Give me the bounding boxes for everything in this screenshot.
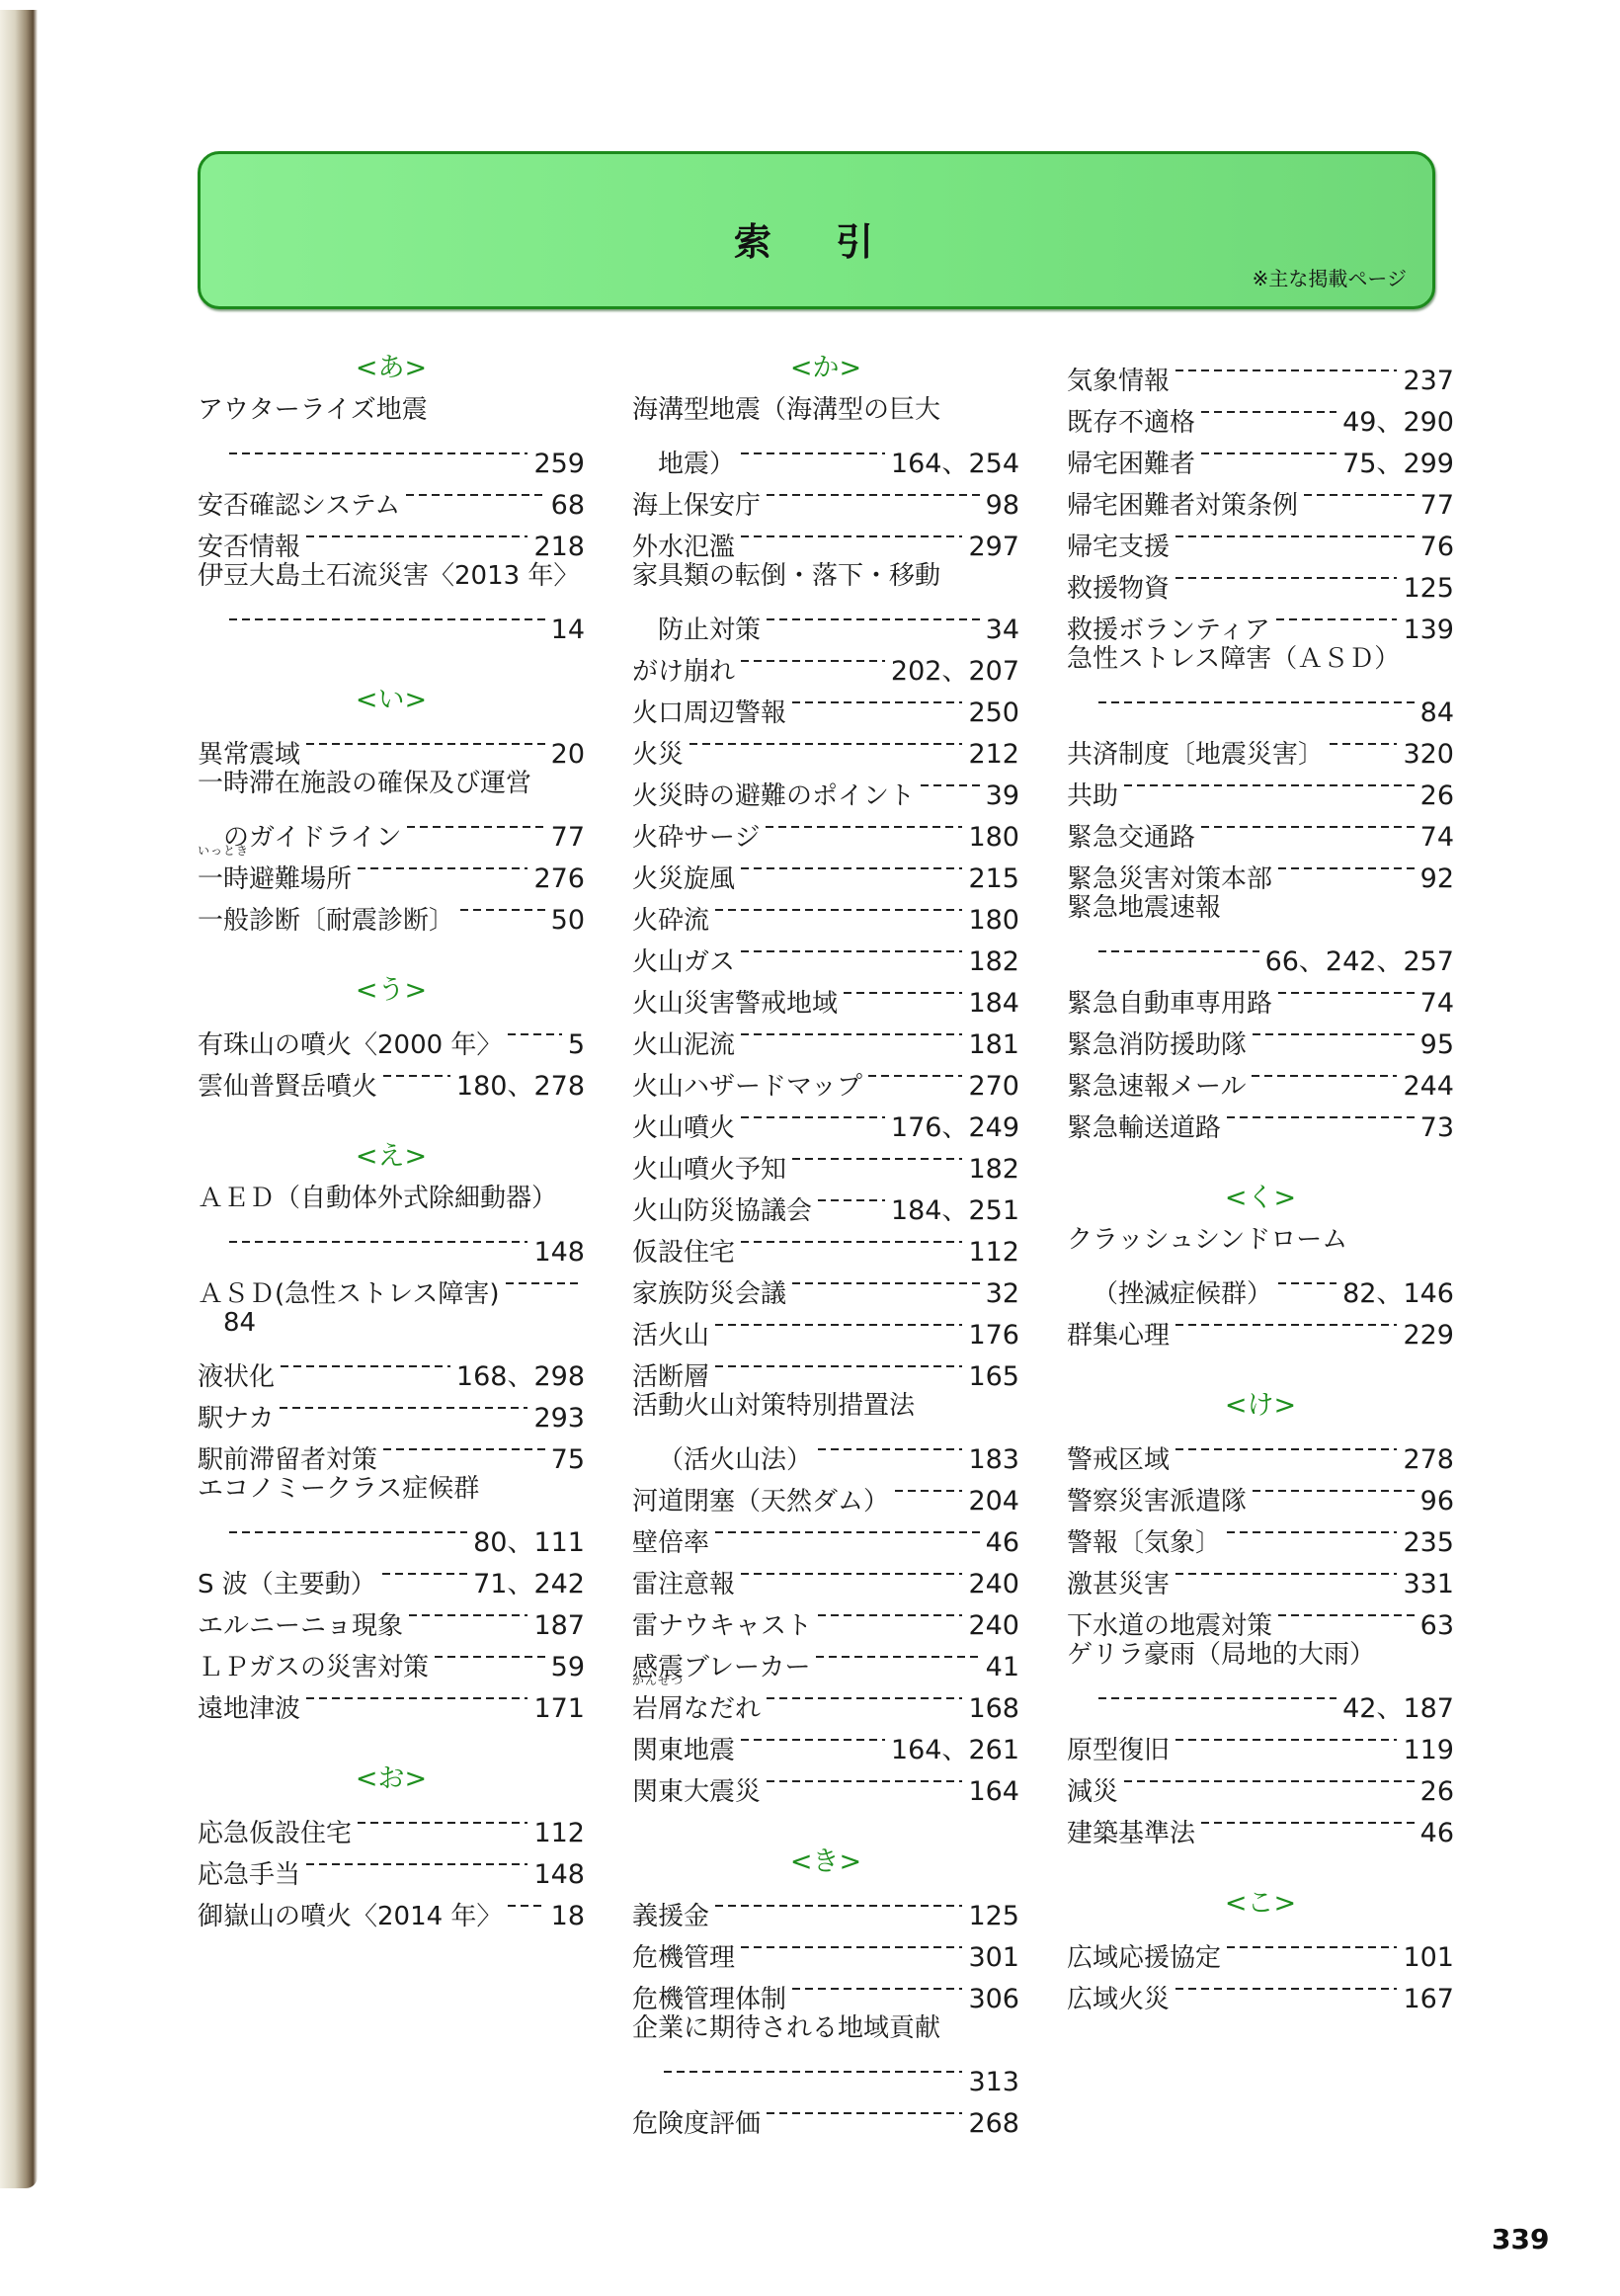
entry-term: 液状化 — [198, 1356, 275, 1398]
entry-pages: 5 — [568, 1025, 585, 1066]
dot-leader — [383, 1427, 545, 1468]
dot-leader — [306, 1842, 527, 1883]
entry-term: 地震） — [658, 444, 735, 485]
dot-leader — [741, 846, 962, 887]
index-header-banner: 索 引 ※主な掲載ページ — [198, 151, 1435, 309]
dot-leader — [868, 1053, 962, 1095]
entry-term: がんせつ岩屑なだれ — [632, 1688, 761, 1730]
index-entry: 防止対策34 — [632, 597, 1019, 638]
dot-leader — [358, 846, 527, 887]
dot-leader — [741, 1717, 885, 1759]
dot-leader — [1278, 1261, 1336, 1302]
dot-leader — [1098, 929, 1259, 970]
index-entry: 共済制度〔地震災害〕320 — [1067, 721, 1454, 763]
dot-leader — [1175, 514, 1415, 555]
index-entry: 液状化168、298 — [198, 1344, 585, 1385]
entry-pages: 46 — [986, 1522, 1019, 1564]
entry-term: 義援金 — [632, 1896, 709, 1937]
entry-pages: 176 — [968, 1315, 1019, 1356]
index-entry: 原型復旧119 — [1067, 1717, 1454, 1759]
index-group: <こ>広域応援協定101広域火災167 — [1067, 1883, 1454, 2008]
entry-pages: 68 — [551, 485, 585, 527]
dot-leader — [1175, 1302, 1397, 1344]
entry-pages: 112 — [533, 1813, 585, 1854]
dot-leader — [664, 2049, 962, 2091]
index-column-right: 気象情報237既存不適格49、290帰宅困難者75、299帰宅困難者対策条例77… — [1067, 348, 1454, 2008]
entry-pages: 77 — [551, 817, 585, 859]
index-column-left: <あ>アウターライズ地震259安否確認システム68安否情報218伊豆大島土石流災… — [198, 348, 585, 1925]
dot-leader — [1098, 1676, 1336, 1717]
entry-pages: 180 — [968, 817, 1019, 859]
entry-term: 激甚災害 — [1067, 1564, 1170, 1605]
index-entry: 共助26 — [1067, 763, 1454, 804]
entry-pages: 270 — [968, 1066, 1019, 1107]
dot-leader — [1253, 1468, 1415, 1510]
entry-term-text: 一時避難場所 — [198, 864, 352, 894]
dot-leader — [767, 597, 980, 638]
index-entry: 緊急自動車専用路74 — [1067, 970, 1454, 1012]
entry-pages: 240 — [968, 1564, 1019, 1605]
entry-term: 応急手当 — [198, 1854, 300, 1896]
entry-pages: 181 — [968, 1025, 1019, 1066]
entry-pages: 41 — [986, 1647, 1019, 1688]
entry-term: 関東地震 — [632, 1730, 735, 1771]
index-entry: 313 — [632, 2049, 1019, 2091]
index-entry: 148 — [198, 1219, 585, 1261]
entry-term: エルニーニョ現象 — [198, 1605, 403, 1647]
dot-leader — [1304, 472, 1415, 514]
dot-leader — [306, 514, 527, 555]
entry-pages: 84 — [1420, 693, 1454, 734]
entry-term: 一時滞在施設の確保及び運営 — [198, 763, 585, 804]
dot-leader — [1252, 1053, 1397, 1095]
dot-leader — [715, 1883, 962, 1925]
dot-leader — [1098, 680, 1415, 721]
entry-term: 気象情報 — [1067, 361, 1170, 402]
dot-leader — [741, 638, 885, 680]
dot-leader — [1201, 431, 1336, 472]
entry-pages: 167 — [1403, 1979, 1454, 2020]
dot-leader — [1330, 721, 1397, 763]
dot-leader — [1278, 1593, 1415, 1634]
dot-leader — [306, 1676, 527, 1717]
entry-pages: 50 — [551, 900, 585, 942]
dot-leader — [460, 887, 545, 929]
index-group: <え>ＡＥＤ（自動体外式除細動器）148ＡＳＤ(急性ストレス障害)84液状化16… — [198, 1136, 585, 1717]
entry-term: いっとき一時避難場所 — [198, 859, 352, 900]
entry-term: 家具類の転倒・落下・移動 — [632, 555, 1019, 597]
index-entry: アウターライズ地震 — [198, 389, 585, 431]
entry-pages: 32 — [986, 1273, 1019, 1315]
entry-term: 緊急交通路 — [1067, 817, 1195, 859]
entry-term: 緊急速報メール — [1067, 1066, 1246, 1107]
entry-pages: 182 — [968, 1149, 1019, 1190]
index-entry: 危険度評価268 — [632, 2091, 1019, 2132]
entry-term: 共助 — [1067, 776, 1118, 817]
dot-leader — [409, 1593, 527, 1634]
dot-leader — [1175, 1966, 1397, 2008]
index-entry: 建築基準法46 — [1067, 1800, 1454, 1842]
entry-term: ゲリラ豪雨（局地的大雨） — [1067, 1634, 1454, 1676]
index-group: <あ>アウターライズ地震259安否確認システム68安否情報218伊豆大島土石流災… — [198, 348, 585, 638]
dot-leader — [506, 1261, 579, 1302]
dot-leader — [382, 1551, 467, 1593]
dot-leader — [407, 804, 544, 846]
dot-leader — [818, 1427, 962, 1468]
index-entry: エコノミークラス症候群 — [198, 1468, 585, 1510]
entry-term: 雷注意報 — [632, 1564, 735, 1605]
section-heading: <う> — [198, 970, 585, 1012]
dot-leader — [816, 1634, 979, 1676]
entry-term: 緊急輸送道路 — [1067, 1107, 1221, 1149]
index-group: <か>海溝型地震（海溝型の巨大地震）164、254海上保安庁98外水氾濫297家… — [632, 348, 1019, 1800]
entry-pages: 96 — [1420, 1481, 1454, 1522]
dot-leader — [715, 1510, 980, 1551]
entry-term: 企業に期待される地域貢献 — [632, 2008, 1019, 2049]
entry-pages: 77 — [1420, 485, 1454, 527]
index-entry: 活動火山対策特別措置法 — [632, 1385, 1019, 1427]
dot-leader — [229, 1510, 467, 1551]
dot-leader — [741, 1925, 962, 1966]
dot-leader — [895, 1468, 962, 1510]
entry-term: 84 — [223, 1302, 256, 1344]
entry-term: 火砕流 — [632, 900, 709, 942]
index-entry: 広域応援協定101 — [1067, 1925, 1454, 1966]
section-heading: <く> — [1067, 1178, 1454, 1219]
entry-term: 活動火山対策特別措置法 — [632, 1385, 1019, 1427]
dot-leader — [229, 1219, 527, 1261]
index-entry: （挫滅症候群）82、146 — [1067, 1261, 1454, 1302]
dot-leader — [1278, 970, 1415, 1012]
entry-term: 駅ナカ — [198, 1398, 274, 1439]
dot-leader — [1278, 846, 1415, 887]
entry-term: ＡＥＤ（自動体外式除細動器） — [198, 1178, 585, 1219]
entry-term: 緊急消防援助隊 — [1067, 1025, 1247, 1066]
entry-term: （活火山法） — [658, 1439, 812, 1481]
dot-leader — [1175, 348, 1397, 389]
dot-leader — [435, 1634, 545, 1676]
entry-term: エコノミークラス症候群 — [198, 1468, 585, 1510]
ruby-reading: いっとき — [198, 845, 249, 857]
index-entry: ＡＥＤ（自動体外式除細動器） — [198, 1178, 585, 1219]
entry-term: 雷ナウキャスト — [632, 1605, 812, 1647]
entry-pages: 125 — [1403, 568, 1454, 610]
entry-pages: 18 — [551, 1896, 585, 1937]
dot-leader — [767, 2091, 962, 2132]
index-entry: 海溝型地震（海溝型の巨大 — [632, 389, 1019, 431]
dot-leader — [508, 1883, 544, 1925]
section-heading: <お> — [198, 1759, 585, 1800]
entry-term: 危険度評価 — [632, 2103, 761, 2145]
index-entry: 緊急交通路74 — [1067, 804, 1454, 846]
entry-term: 火災 — [632, 734, 684, 776]
dot-leader — [741, 1095, 885, 1136]
index-entry: 地震）164、254 — [632, 431, 1019, 472]
entry-term: 緊急地震速報 — [1067, 887, 1454, 929]
dot-leader — [281, 1344, 450, 1385]
entry-term: 警察災害派遣隊 — [1067, 1481, 1247, 1522]
entry-pages: 183 — [968, 1439, 1019, 1481]
entry-term: 広域火災 — [1067, 1979, 1170, 2020]
entry-term: 壁倍率 — [632, 1522, 709, 1564]
index-group: <お>応急仮設住宅112応急手当148御嶽山の噴火〈2014 年〉18 — [198, 1759, 585, 1925]
dot-leader — [1227, 1925, 1397, 1966]
entry-pages: 39 — [986, 776, 1019, 817]
dot-leader — [280, 1385, 527, 1427]
dot-leader — [1175, 1551, 1397, 1593]
dot-leader — [1175, 555, 1397, 597]
page-number: 339 — [1492, 2223, 1549, 2255]
ruby-reading: がんせつ — [632, 1675, 684, 1686]
entry-term: 関東大震災 — [632, 1771, 761, 1813]
entry-pages: 74 — [1420, 817, 1454, 859]
dot-leader — [1227, 1095, 1415, 1136]
index-entry: 84 — [1067, 680, 1454, 721]
entry-term: 急性ストレス障害（ＡＳＤ） — [1067, 638, 1454, 680]
index-group: <い>異常震域20一時滞在施設の確保及び運営のガイドライン77いっとき一時避難場… — [198, 680, 585, 929]
book-binding-edge — [0, 10, 38, 2188]
entry-term: アウターライズ地震 — [198, 389, 585, 431]
entry-pages: 14 — [551, 610, 585, 651]
index-entry: 警戒区域278 — [1067, 1427, 1454, 1468]
dot-leader — [741, 1551, 962, 1593]
entry-pages: 215 — [968, 859, 1019, 900]
dot-leader — [306, 721, 545, 763]
dot-leader — [818, 1178, 885, 1219]
dot-leader — [741, 929, 962, 970]
entry-term: 火山噴火 — [632, 1107, 735, 1149]
entry-pages: 46 — [1420, 1813, 1454, 1854]
section-heading: <こ> — [1067, 1883, 1454, 1925]
dot-leader — [1124, 763, 1415, 804]
entry-term: 一般診断〔耐震診断〕 — [198, 900, 454, 942]
index-group: 気象情報237既存不適格49、290帰宅困難者75、299帰宅困難者対策条例77… — [1067, 348, 1454, 1136]
entry-pages: 182 — [968, 942, 1019, 983]
dot-leader — [921, 763, 980, 804]
index-group: <く>クラッシュシンドローム（挫滅症候群）82、146群集心理229 — [1067, 1178, 1454, 1344]
index-entry: 緊急地震速報 — [1067, 887, 1454, 929]
index-entry: 259 — [198, 431, 585, 472]
dot-leader — [229, 597, 545, 638]
header-note: ※主な掲載ページ — [1253, 263, 1407, 291]
entry-term: 火山ガス — [632, 942, 735, 983]
dot-leader — [1201, 1800, 1415, 1842]
entry-term: 危機管理 — [632, 1937, 735, 1979]
entry-pages: 98 — [986, 485, 1019, 527]
index-entry: 火災時の避難のポイント39 — [632, 763, 1019, 804]
dot-leader — [818, 1593, 962, 1634]
entry-pages: 268 — [968, 2103, 1019, 2145]
entry-term: 帰宅支援 — [1067, 527, 1170, 568]
entry-pages: 171 — [533, 1688, 585, 1730]
entry-pages: 74 — [1420, 983, 1454, 1025]
entry-pages: 95 — [1420, 1025, 1454, 1066]
entry-pages: 80、111 — [473, 1522, 585, 1564]
dot-leader — [792, 1261, 980, 1302]
dot-leader — [792, 1966, 962, 2008]
dot-leader — [1227, 1510, 1397, 1551]
dot-leader — [1201, 804, 1415, 846]
dot-leader — [741, 431, 885, 472]
entry-pages: 59 — [551, 1647, 585, 1688]
entry-pages: 164 — [968, 1771, 1019, 1813]
entry-term-text: 岩屑なだれ — [632, 1694, 761, 1724]
index-entry: 企業に期待される地域貢献 — [632, 2008, 1019, 2049]
dot-leader — [383, 1053, 450, 1095]
dot-leader — [689, 721, 962, 763]
dot-leader — [844, 970, 962, 1012]
index-group: <き>義援金125危機管理301危機管理体制306企業に期待される地域貢献313… — [632, 1842, 1019, 2132]
dot-leader — [1201, 389, 1336, 431]
dot-leader — [741, 1012, 962, 1053]
dot-leader — [1175, 1717, 1397, 1759]
dot-leader — [358, 1800, 527, 1842]
index-entry: 14 — [198, 597, 585, 638]
dot-leader — [1276, 597, 1398, 638]
entry-pages: 237 — [1403, 361, 1454, 402]
entry-term: 雲仙普賢岳噴火 — [198, 1066, 377, 1107]
index-entry: 80、111 — [198, 1510, 585, 1551]
index-entry: 急性ストレス障害（ＡＳＤ） — [1067, 638, 1454, 680]
dot-leader — [715, 887, 962, 929]
entry-term: がけ崩れ — [632, 651, 735, 693]
index-entry: 66、242、257 — [1067, 929, 1454, 970]
index-entry: 42、187 — [1067, 1676, 1454, 1717]
index-entry: 安否確認システム68 — [198, 472, 585, 514]
entry-pages: 301 — [968, 1937, 1019, 1979]
index-column-middle: <か>海溝型地震（海溝型の巨大地震）164、254海上保安庁98外水氾濫297家… — [632, 348, 1019, 2132]
dot-leader — [792, 680, 962, 721]
index-entry: 家具類の転倒・落下・移動 — [632, 555, 1019, 597]
dot-leader — [1124, 1759, 1415, 1800]
index-entry: 有珠山の噴火〈2000 年〉5 — [198, 1012, 585, 1053]
entry-term: 仮設住宅 — [632, 1232, 735, 1273]
section-heading: <え> — [198, 1136, 585, 1178]
entry-term: 帰宅困難者 — [1067, 444, 1195, 485]
dot-leader — [1253, 1012, 1415, 1053]
dot-leader — [767, 1676, 962, 1717]
entry-term: 有珠山の噴火〈2000 年〉 — [198, 1025, 502, 1066]
entry-term: 海溝型地震（海溝型の巨大 — [632, 389, 1019, 431]
index-entry: 応急仮設住宅112 — [198, 1800, 585, 1842]
entry-term: 建築基準法 — [1067, 1813, 1195, 1854]
entry-term: 御嶽山の噴火〈2014 年〉 — [198, 1896, 502, 1937]
dot-leader — [766, 804, 962, 846]
entry-term: クラッシュシンドローム — [1067, 1219, 1454, 1261]
entry-pages: 73 — [1420, 1107, 1454, 1149]
index-entry: クラッシュシンドローム — [1067, 1219, 1454, 1261]
entry-term: 救援物資 — [1067, 568, 1170, 610]
dot-leader — [715, 1344, 962, 1385]
index-entry: 一時滞在施設の確保及び運営 — [198, 763, 585, 804]
section-heading: <き> — [632, 1842, 1019, 1883]
entry-term: 火山噴火予知 — [632, 1149, 786, 1190]
dot-leader — [741, 1219, 962, 1261]
entry-pages: 184 — [968, 983, 1019, 1025]
index-entry: 気象情報237 — [1067, 348, 1454, 389]
entry-term: 警戒区域 — [1067, 1439, 1170, 1481]
entry-term: S 波（主要動） — [198, 1564, 376, 1605]
index-entry: ゲリラ豪雨（局地的大雨） — [1067, 1634, 1454, 1676]
entry-pages: 235 — [1403, 1522, 1454, 1564]
entry-term: 遠地津波 — [198, 1688, 300, 1730]
entry-pages: 229 — [1403, 1315, 1454, 1356]
entry-pages: 26 — [1420, 1771, 1454, 1813]
dot-leader — [741, 514, 962, 555]
index-group: <う>有珠山の噴火〈2000 年〉5雲仙普賢岳噴火180、278 — [198, 970, 585, 1095]
section-heading: <け> — [1067, 1385, 1454, 1427]
index-entry: 火災212 — [632, 721, 1019, 763]
entry-pages: 180、278 — [456, 1066, 585, 1107]
dot-leader — [406, 472, 544, 514]
section-heading: <か> — [632, 348, 1019, 389]
dot-leader — [792, 1136, 962, 1178]
entry-pages: 180 — [968, 900, 1019, 942]
entry-pages: 76 — [1420, 527, 1454, 568]
index-entry: 減災26 — [1067, 1759, 1454, 1800]
dot-leader — [715, 1302, 962, 1344]
entry-pages: 313 — [968, 2062, 1019, 2103]
entry-pages: 34 — [986, 610, 1019, 651]
entry-pages: 125 — [968, 1896, 1019, 1937]
dot-leader — [767, 472, 980, 514]
page-title: 索 引 — [201, 211, 1432, 266]
entry-pages: 168 — [968, 1688, 1019, 1730]
entry-pages: 26 — [1420, 776, 1454, 817]
dot-leader — [229, 431, 527, 472]
dot-leader — [1175, 1427, 1397, 1468]
index-group: <け>警戒区域278警察災害派遣隊96警報〔気象〕235激甚災害331下水道の地… — [1067, 1385, 1454, 1842]
section-heading: <あ> — [198, 348, 585, 389]
entry-term: 活火山 — [632, 1315, 709, 1356]
index-entry: 異常震域20 — [198, 721, 585, 763]
index-entry: 伊豆大島土石流災害〈2013 年〉 — [198, 555, 585, 597]
index-entry: ＡＳＤ(急性ストレス障害) — [198, 1261, 585, 1302]
entry-term: 伊豆大島土石流災害〈2013 年〉 — [198, 555, 585, 597]
entry-pages: 101 — [1403, 1937, 1454, 1979]
dot-leader — [767, 1759, 962, 1800]
entry-pages: 250 — [968, 693, 1019, 734]
index-entry: 義援金125 — [632, 1883, 1019, 1925]
index-entry: のガイドライン77 — [198, 804, 585, 846]
entry-term: 火山泥流 — [632, 1025, 735, 1066]
section-heading: <い> — [198, 680, 585, 721]
entry-pages: 49、290 — [1342, 402, 1454, 444]
index-entry: （活火山法）183 — [632, 1427, 1019, 1468]
entry-term: 群集心理 — [1067, 1315, 1170, 1356]
entry-term: 緊急自動車専用路 — [1067, 983, 1272, 1025]
entry-term: 既存不適格 — [1067, 402, 1195, 444]
dot-leader — [508, 1012, 561, 1053]
entry-term: 減災 — [1067, 1771, 1118, 1813]
